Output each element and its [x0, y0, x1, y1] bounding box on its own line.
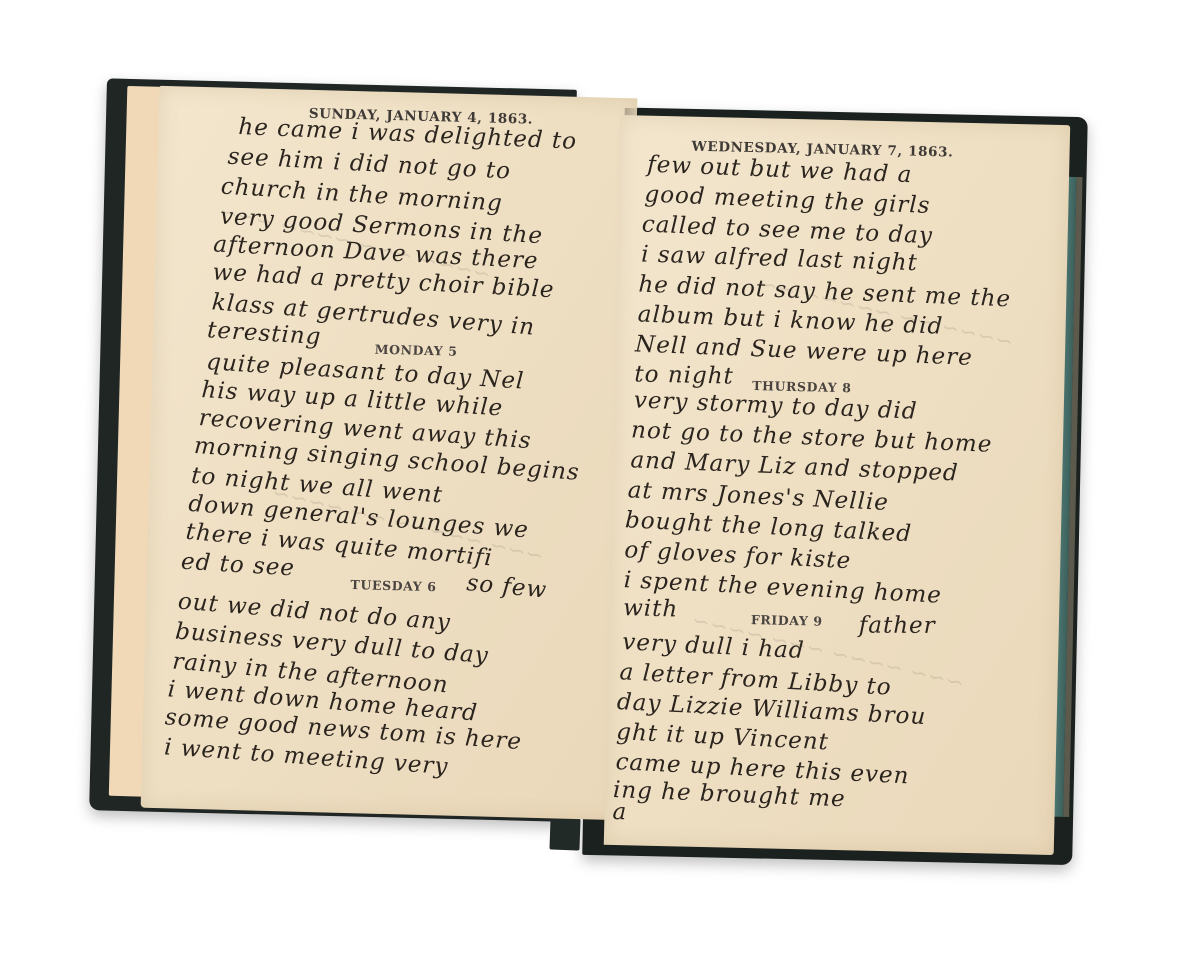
left-page: ~~~~ ~~~ ~~~~ ~~~ ~~~ ~~~~~ ~~ ~~~~ SUND…: [141, 86, 638, 820]
day-heading-friday: FRIDAY 9: [751, 612, 823, 629]
day-heading-monday: MONDAY 5: [375, 342, 458, 359]
right-page: ~~~~ ~~ ~~~~~ ~~ ~~~ ~~~~ ~~~ ~~~~ WEDNE…: [604, 115, 1070, 855]
handwritten-line: teresting: [206, 317, 322, 350]
spine-tab: [549, 817, 580, 850]
day-heading-tuesday: TUESDAY 6: [350, 577, 436, 594]
handwritten-line: father: [859, 613, 936, 639]
handwritten-line: so few: [465, 570, 548, 604]
handwritten-line: with: [623, 595, 679, 622]
handwritten-line: ed to see: [180, 549, 295, 582]
handwritten-line: a: [612, 799, 627, 825]
handwritten-line: to night: [634, 361, 734, 389]
diary-photo: ~~~~ ~~~ ~~~~ ~~~ ~~~ ~~~~~ ~~ ~~~~ SUND…: [0, 0, 1200, 960]
